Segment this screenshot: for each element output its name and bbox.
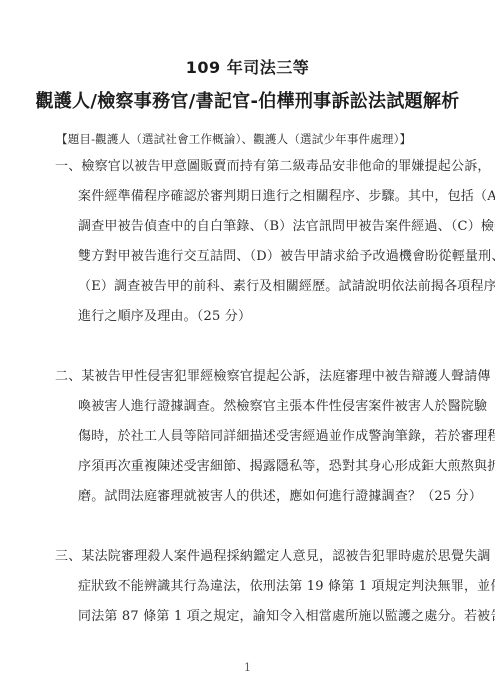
question-line: 一、檢察官以被告甲意圖販賣而持有第二級毒品安非他命的罪嫌提起公訴， bbox=[55, 152, 465, 182]
question-line: 序須再次重複陳述受害細節、揭露隱私等，恐對其身心形成鉅大煎熬與折 bbox=[55, 452, 465, 482]
question-line: 磨。試問法庭審理就被害人的供述，應如何進行證據調查？（25 分） bbox=[55, 482, 465, 512]
page-number: 1 bbox=[0, 661, 495, 675]
question-line: 雙方對甲被告進行交互詰問、（D）被告甲請求給予改過機會盼從輕量刑、 bbox=[55, 242, 465, 272]
question-line: 進行之順序及理由。（25 分） bbox=[55, 302, 465, 332]
question-line: （E）調查被告甲的前科、素行及相關經歷。試請說明依法前揭各項程序 bbox=[55, 272, 465, 302]
question-3: 三、某法院審理殺人案件過程採納鑑定人意見，認被告犯罪時處於思覺失調 症狀致不能辨… bbox=[55, 542, 465, 632]
question-line: 症狀致不能辨識其行為違法，依刑法第 19 條第 1 項規定判決無罪，並依 bbox=[55, 572, 465, 602]
question-line: 二、某被告甲性侵害犯罪經檢察官提起公訴，法庭審理中被告辯護人聲請傳 bbox=[55, 362, 465, 392]
doc-title: 109 年司法三等 bbox=[0, 57, 495, 79]
question-line: 喚被害人進行證據調查。然檢察官主張本件性侵害案件被害人於醫院驗 bbox=[55, 392, 465, 422]
document-page: 109 年司法三等 觀護人/檢察事務官/書記官-伯樺刑事訴訟法試題解析 【題目-… bbox=[0, 0, 495, 700]
topic-note: 【題目-觀護人（選試社會工作概論）、觀護人（選試少年事件處理）】 bbox=[56, 128, 465, 150]
question-2: 二、某被告甲性侵害犯罪經檢察官提起公訴，法庭審理中被告辯護人聲請傳 喚被害人進行… bbox=[55, 362, 465, 512]
question-line: 同法第 87 條第 1 項之規定，諭知令入相當處所施以監護之處分。若被告 bbox=[55, 602, 465, 632]
doc-subtitle: 觀護人/檢察事務官/書記官-伯樺刑事訴訟法試題解析 bbox=[0, 89, 495, 115]
question-line: 三、某法院審理殺人案件過程採納鑑定人意見，認被告犯罪時處於思覺失調 bbox=[55, 542, 465, 572]
question-1: 一、檢察官以被告甲意圖販賣而持有第二級毒品安非他命的罪嫌提起公訴， 案件經準備程… bbox=[55, 152, 465, 332]
question-line: 傷時，於社工人員等陪同詳細描述受害經過並作成警詢筆錄，若於審理程 bbox=[55, 422, 465, 452]
question-line: 案件經準備程序確認於審判期日進行之相關程序、步驟。其中，包括（A） bbox=[55, 182, 465, 212]
question-list: 一、檢察官以被告甲意圖販賣而持有第二級毒品安非他命的罪嫌提起公訴， 案件經準備程… bbox=[55, 152, 465, 632]
question-line: 調查甲被告偵查中的自白筆錄、（B）法官訊問甲被告案件經過、（C）檢辯 bbox=[55, 212, 465, 242]
